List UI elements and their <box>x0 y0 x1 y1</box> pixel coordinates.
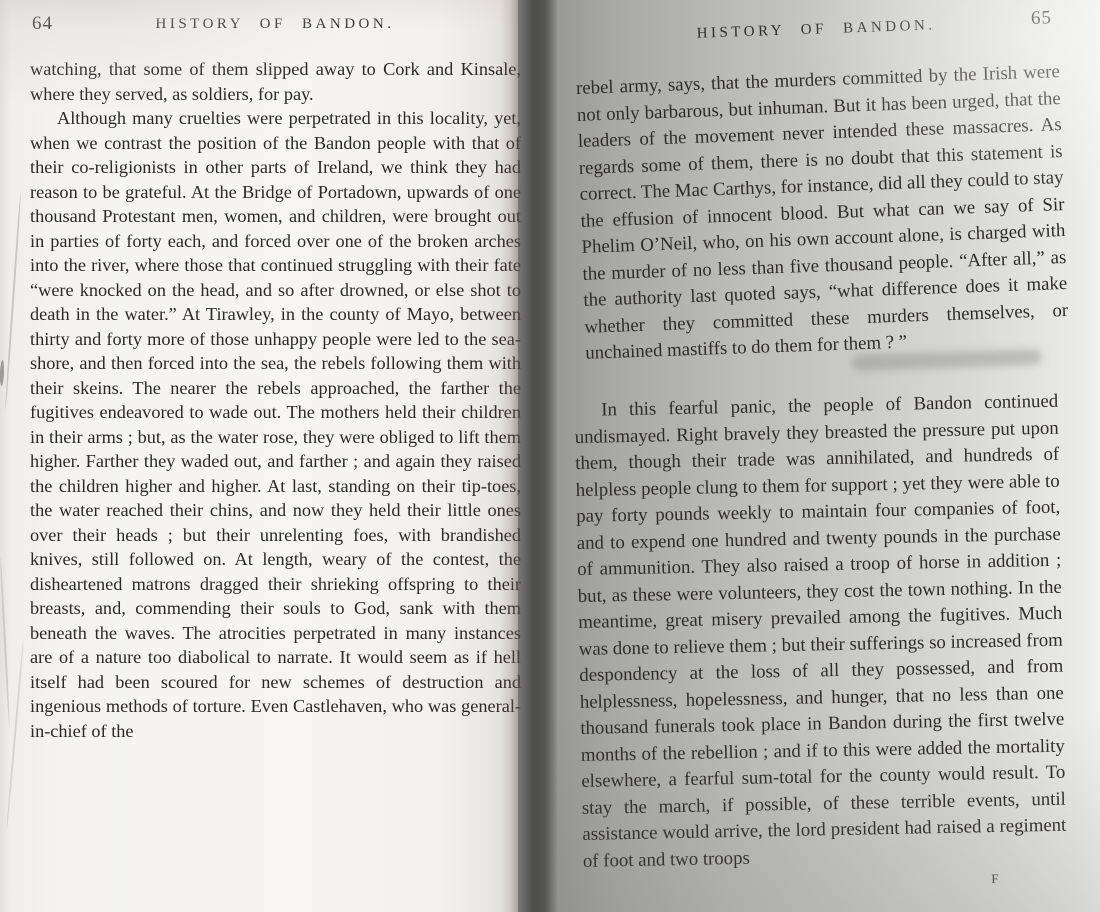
paragraph-although-cruelties: Although many cruelties were perpetrated… <box>30 106 521 743</box>
page-left-body: watching, that some of them slipped away… <box>30 57 521 743</box>
paragraph-rebel-army: rebel army, says, that the murders commi… <box>576 59 1070 367</box>
scan-scratch-mark <box>0 558 10 728</box>
page-left-header: 64 HISTORY OF BANDON. <box>30 12 520 38</box>
page-right: HISTORY OF BANDON. 65 rebel army, says, … <box>552 0 1100 912</box>
paragraph-watching: watching, that some of them slipped away… <box>30 57 521 106</box>
scan-scratch-mark <box>6 640 25 829</box>
page-number-left: 64 <box>32 13 53 35</box>
running-header-left: HISTORY OF BANDON. <box>30 12 520 33</box>
page-right-header: HISTORY OF BANDON. 65 <box>574 13 1058 52</box>
book-spread: 64 HISTORY OF BANDON. watching, that som… <box>0 0 1100 912</box>
page-left: 64 HISTORY OF BANDON. watching, that som… <box>0 0 518 912</box>
paragraph-fearful-panic: In this fearful panic, the people of Ban… <box>574 389 1067 875</box>
page-number-right: 65 <box>1031 7 1053 30</box>
running-header-right: HISTORY OF BANDON. <box>574 13 1058 47</box>
page-right-upper-block: HISTORY OF BANDON. 65 rebel army, says, … <box>574 13 1069 367</box>
scan-scratch-mark <box>4 192 21 410</box>
page-right-lower-block: In this fearful panic, the people of Ban… <box>574 389 1069 895</box>
scan-edge-mark <box>0 360 4 386</box>
